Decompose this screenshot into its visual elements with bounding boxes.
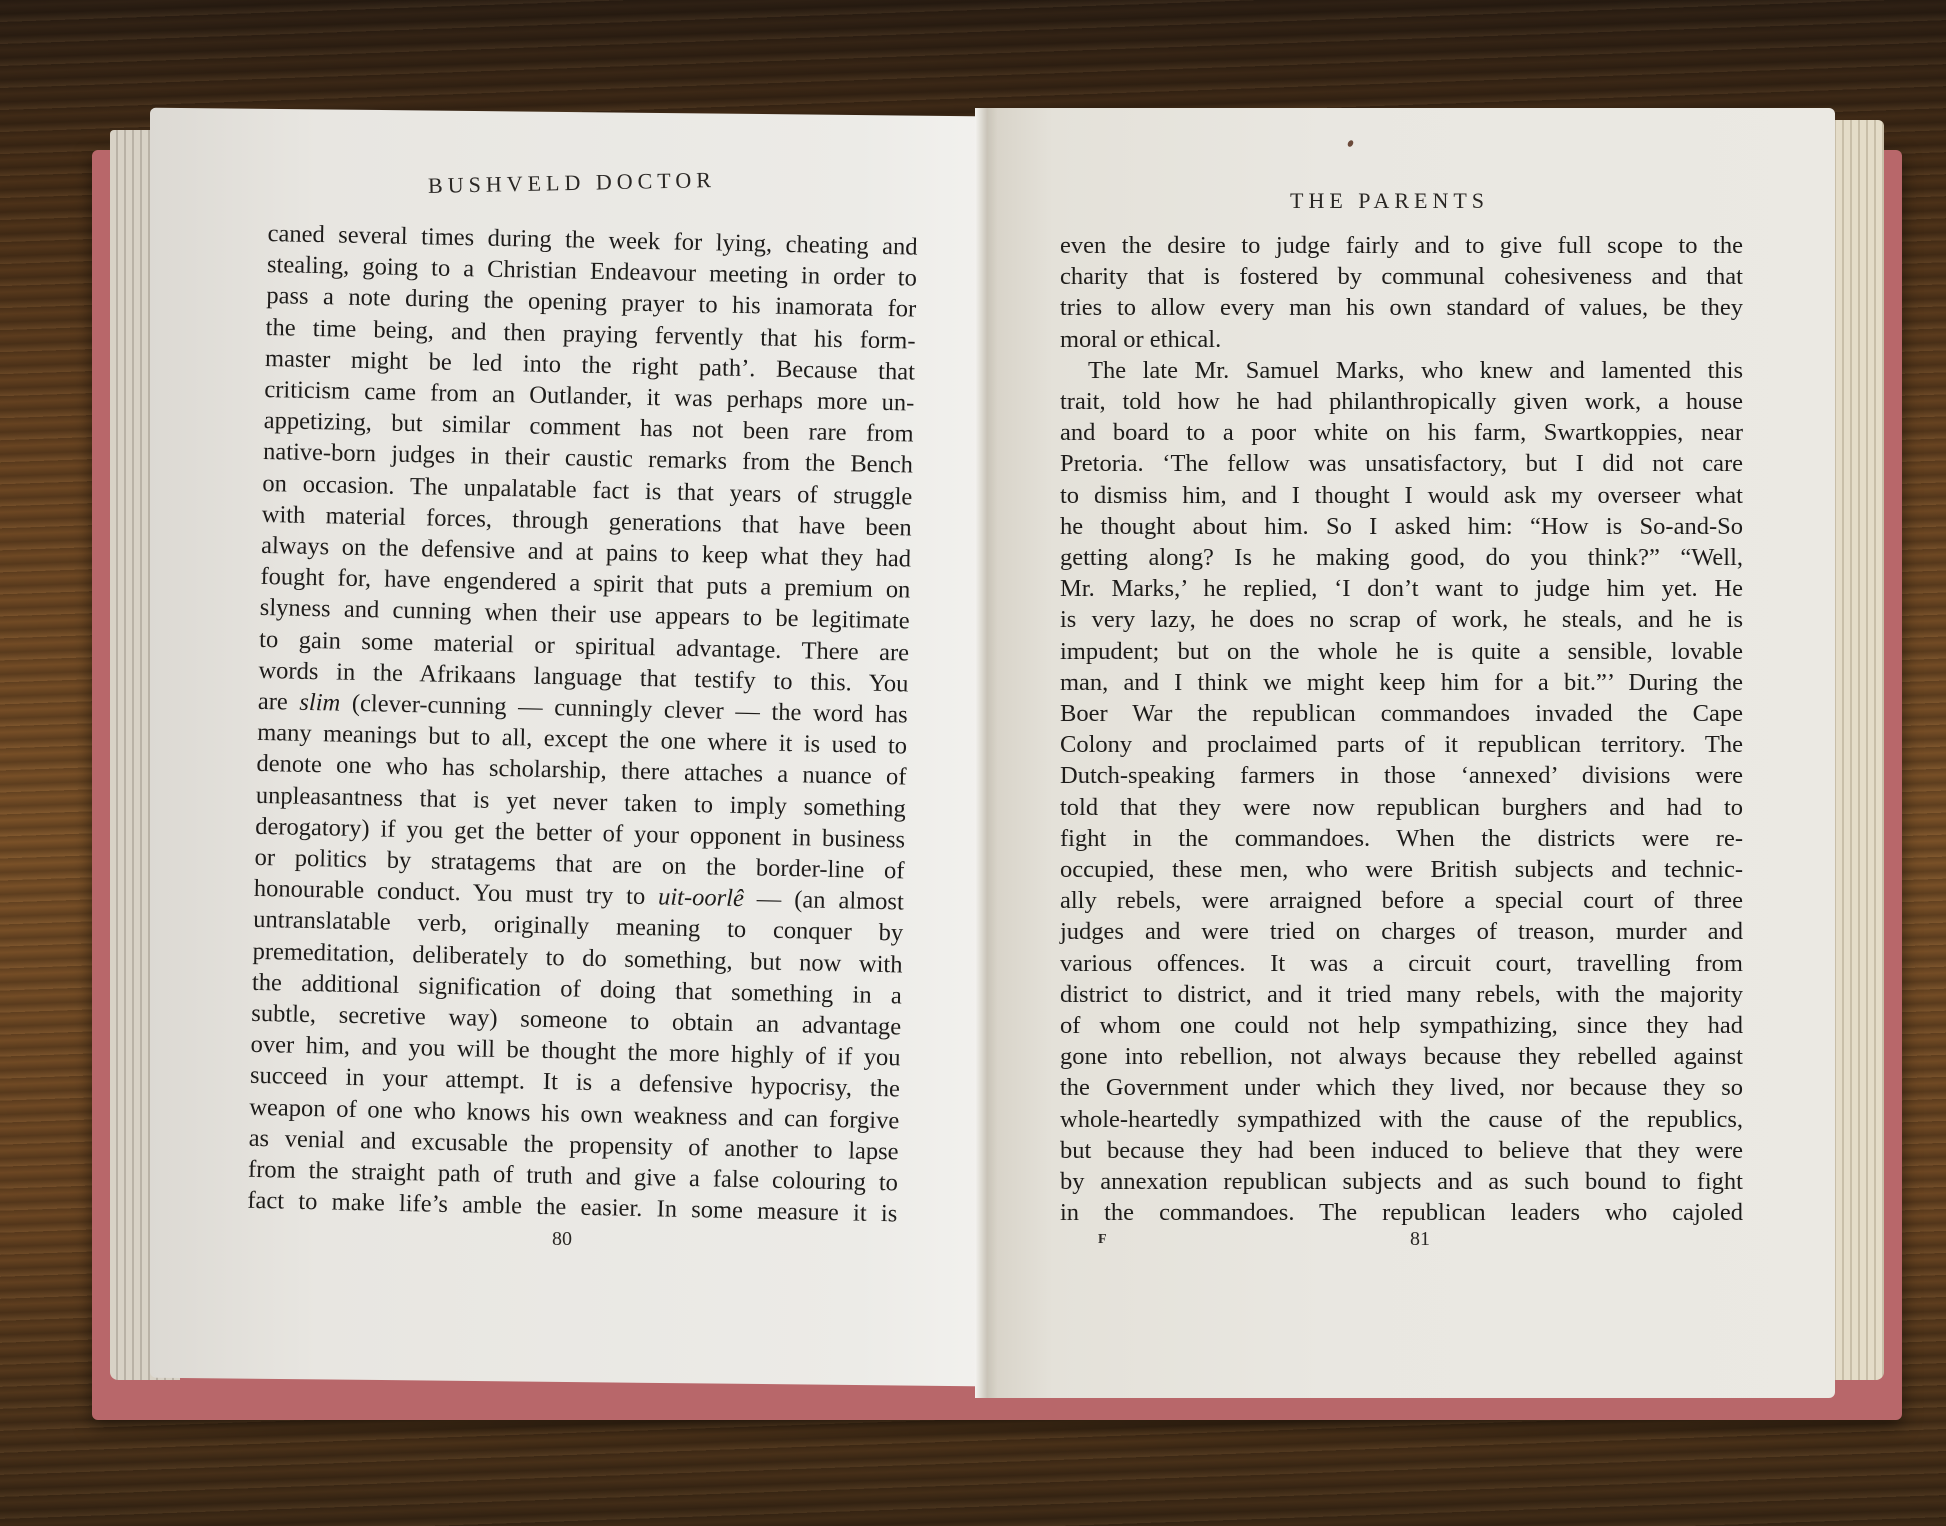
left-page-body: caned several times during the week for … bbox=[247, 218, 918, 1230]
text-line: The late Mr. Samuel Marks, who knew and … bbox=[1060, 355, 1743, 386]
text-line: the Government under which they lived, n… bbox=[1060, 1072, 1743, 1103]
text-line: impudent; but on the whole he is quite a… bbox=[1060, 636, 1743, 667]
right-page-body: even the desire to judge fairly and to g… bbox=[1060, 230, 1743, 1229]
text-line: Mr. Marks,’ he replied, ‘I don’t want to… bbox=[1060, 573, 1743, 604]
text-line: Boer War the republican commandoes invad… bbox=[1060, 698, 1743, 729]
text-line: and board to a poor white on his farm, S… bbox=[1060, 417, 1743, 448]
text-line: fight in the commandoes. When the distri… bbox=[1060, 823, 1743, 854]
text-line: whole-heartedly sympathized with the cau… bbox=[1060, 1104, 1743, 1135]
text-line: even the desire to judge fairly and to g… bbox=[1060, 230, 1743, 261]
text-line: moral or ethical. bbox=[1060, 324, 1743, 355]
text-line: of whom one could not help sympathizing,… bbox=[1060, 1010, 1743, 1041]
text-line: told that they were now republican burgh… bbox=[1060, 792, 1743, 823]
text-line: district to district, and it tried many … bbox=[1060, 979, 1743, 1010]
text-line: by annexation republican subjects and as… bbox=[1060, 1166, 1743, 1197]
text-line: trait, told how he had philanthropically… bbox=[1060, 386, 1743, 417]
book-gutter bbox=[975, 108, 997, 1398]
text-line: in the commandoes. The republican leader… bbox=[1060, 1197, 1743, 1228]
text-line: but because they had been induced to bel… bbox=[1060, 1135, 1743, 1166]
text-line: Dutch-speaking farmers in those ‘annexed… bbox=[1060, 760, 1743, 791]
left-page-number: 80 bbox=[552, 1228, 572, 1251]
signature-mark: F bbox=[1098, 1232, 1107, 1248]
text-line: occupied, these men, who were British su… bbox=[1060, 854, 1743, 885]
text-line: ally rebels, were arraigned before a spe… bbox=[1060, 885, 1743, 916]
text-line: various offences. It was a circuit court… bbox=[1060, 948, 1743, 979]
text-line: judges and were tried on charges of trea… bbox=[1060, 916, 1743, 947]
text-line: is very lazy, he does no scrap of work, … bbox=[1060, 604, 1743, 635]
italic-term: uit-oorlê bbox=[658, 884, 744, 913]
right-running-head: THE PARENTS bbox=[1290, 188, 1489, 214]
text-line: charity that is fostered by communal coh… bbox=[1060, 261, 1743, 292]
text-line: Pretoria. ‘The fellow was unsatisfactory… bbox=[1060, 448, 1743, 479]
text-line: getting along? Is he making good, do you… bbox=[1060, 542, 1743, 573]
italic-term: slim bbox=[299, 689, 340, 717]
text-line: tries to allow every man his own standar… bbox=[1060, 292, 1743, 323]
text-line: man, and I think we might keep him for a… bbox=[1060, 667, 1743, 698]
text-line: to dismiss him, and I thought I would as… bbox=[1060, 480, 1743, 511]
text-line: Colony and proclaimed parts of it republ… bbox=[1060, 729, 1743, 760]
right-page-number: 81 bbox=[1410, 1228, 1430, 1251]
text-line: gone into rebellion, not always because … bbox=[1060, 1041, 1743, 1072]
text-line: he thought about him. So I asked him: “H… bbox=[1060, 511, 1743, 542]
